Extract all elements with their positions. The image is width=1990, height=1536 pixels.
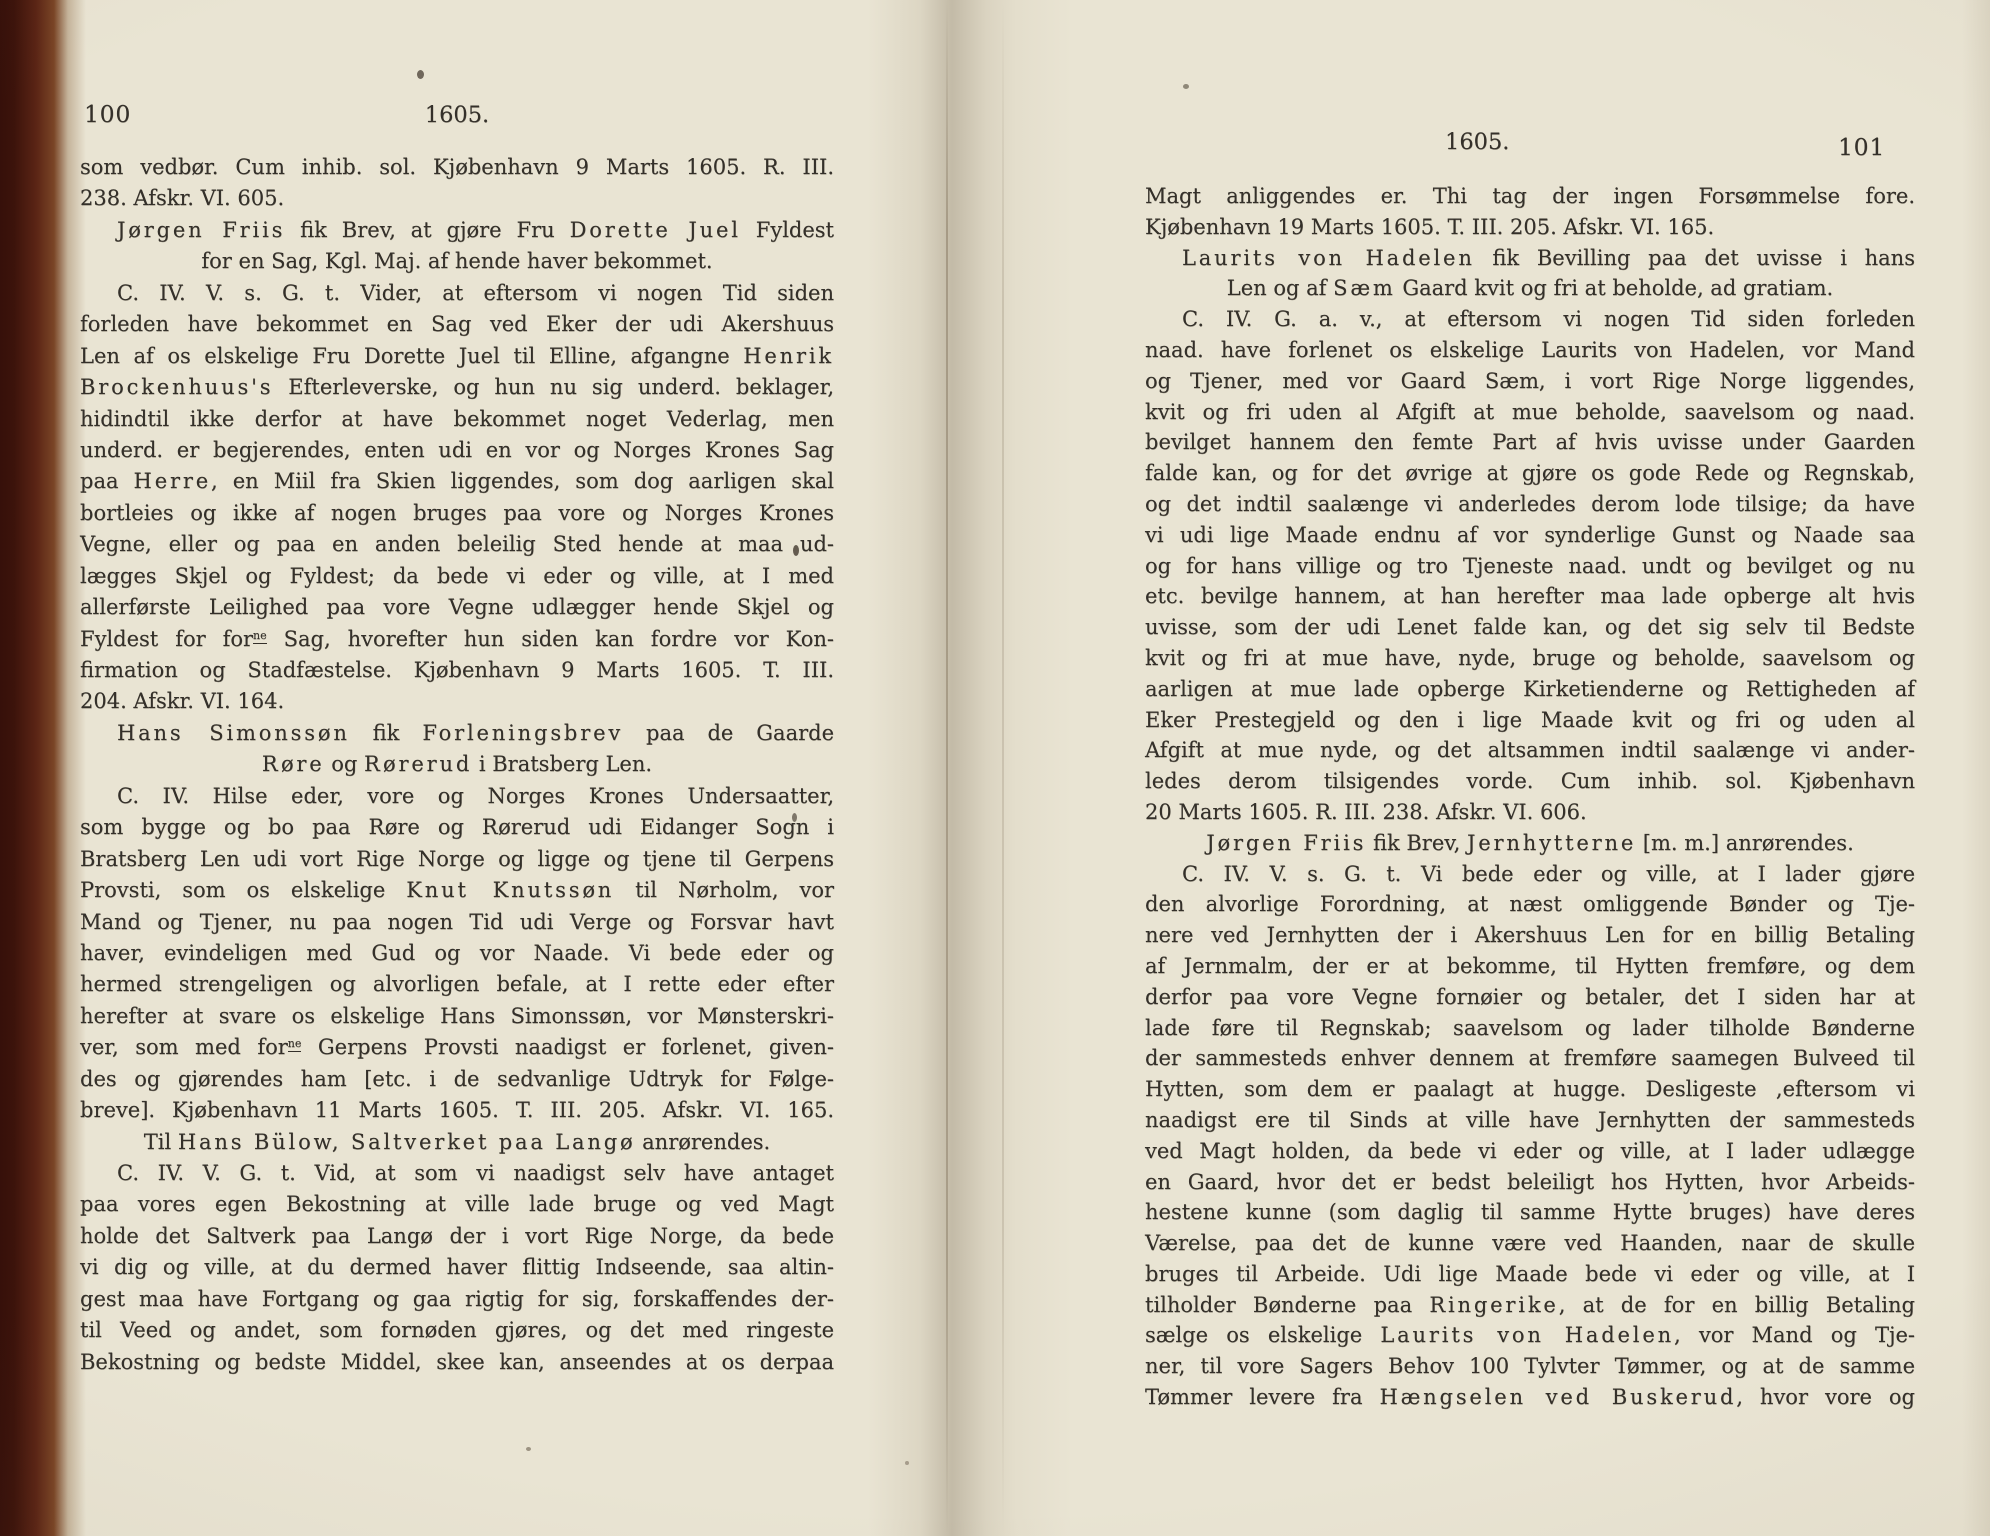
text-line: falde kan, og for det øvrige at gjøre os… — [1145, 458, 1915, 489]
text-segment: anrørendes. — [635, 1130, 770, 1154]
spaced-name: Hans Simonssøn — [117, 721, 350, 745]
text-line: Bratsberg Len udi vort Rige Norge og lig… — [80, 844, 834, 875]
text-segment: Bekostning og bedste Middel, skee kan, a… — [80, 1350, 834, 1374]
text-line: Len af os elskelige Fru Dorette Juel til… — [80, 341, 834, 372]
text-segment: bruges til Arbeide. Udi lige Maade bede … — [1145, 1262, 1915, 1286]
spaced-name: Rørerud — [364, 752, 472, 776]
text-segment: falde kan, og for det øvrige at gjøre os… — [1145, 461, 1915, 485]
text-segment: som bygge og bo paa Røre og Rørerud udi … — [80, 815, 834, 839]
book-scan: 100 1605. 1605. 101 som vedbør. Cum inhi… — [0, 0, 1990, 1536]
text-line: firmation og Stadfæstelse. Kjøbenhavn 9 … — [80, 655, 834, 686]
text-segment: paa — [80, 469, 134, 493]
text-line: naad. have forlenet os elskelige Laurits… — [1145, 335, 1915, 366]
text-segment: breve]. Kjøbenhavn 11 Marts 1605. T. III… — [80, 1098, 834, 1122]
text-segment: af Jernmalm, der er at bekomme, til Hytt… — [1145, 954, 1915, 978]
text-segment: , en Miil fra Skien liggendes, som dog a… — [211, 469, 834, 493]
text-segment: Efterleverske, og hun nu sig underd. bek… — [273, 375, 834, 399]
text-line: Fyldest for forne Sag, hvorefter hun sid… — [80, 624, 834, 655]
text-segment: Provsti, som os elskelige — [80, 878, 406, 902]
text-segment: og det indtil saalænge vi anderledes der… — [1145, 492, 1915, 516]
text-segment: C. IV. V. s. G. t. Vi bede eder og ville… — [1182, 862, 1915, 886]
text-segment: kvit og fri uden al Afgift at mue behold… — [1145, 400, 1915, 424]
text-line: allerførste Leilighed paa vore Vegne udl… — [80, 592, 834, 623]
text-line: af Jernmalm, der er at bekomme, til Hytt… — [1145, 951, 1915, 982]
text-line: tilholder Bønderne paa Ringerike, at de … — [1145, 1290, 1915, 1321]
text-segment: underd. er begjerendes, enten udi en vor… — [80, 438, 834, 462]
text-line: C. IV. V. s. G. t. Vi bede eder og ville… — [1145, 859, 1915, 890]
spaced-name: Herre — [134, 469, 211, 493]
text-segment: ved Magt holden, da bede vi eder og vill… — [1145, 1139, 1915, 1163]
spaced-name: Forleningsbrev — [422, 721, 623, 745]
text-segment: , vor Mand og Tje- — [1674, 1323, 1915, 1347]
text-line: Hans Simonssøn fik Forleningsbrev paa de… — [80, 718, 834, 749]
text-segment: og Tjener, med vor Gaard Sæm, i vort Rig… — [1145, 369, 1915, 393]
text-line: Mand og Tjener, nu paa nogen Tid udi Ver… — [80, 907, 834, 938]
text-line: Magt anliggendes er. Thi tag der ingen F… — [1145, 181, 1915, 212]
text-segment: , hvor vore og — [1736, 1385, 1915, 1409]
text-line: forleden have bekommet en Sag ved Eker d… — [80, 309, 834, 340]
text-segment: C. IV. V. s. G. t. Vider, at eftersom vi… — [117, 281, 834, 305]
text-line: Vegne, eller og paa en anden beleilig St… — [80, 529, 834, 560]
text-line: C. IV. V. s. G. t. Vider, at eftersom vi… — [80, 278, 834, 309]
text-line: Tømmer levere fra Hængselen ved Buskerud… — [1145, 1382, 1915, 1413]
text-segment: lægges Skjel og Fyldest; da bede vi eder… — [80, 564, 834, 588]
text-line: hermed strengeligen og alvorligen befale… — [80, 969, 834, 1000]
text-line: som bygge og bo paa Røre og Rørerud udi … — [80, 812, 834, 843]
text-segment: og for hans villige og tro Tjeneste naad… — [1145, 554, 1915, 578]
text-line: lægges Skjel og Fyldest; da bede vi eder… — [80, 561, 834, 592]
text-segment: firmation og Stadfæstelse. Kjøbenhavn 9 … — [80, 658, 834, 682]
text-line: naadigst ere til Sinds at ville have Jer… — [1145, 1105, 1915, 1136]
text-segment: fik Bevilling paa det uvisse i hans — [1475, 246, 1915, 270]
text-segment: gest maa have Fortgang og gaa rigtig for… — [80, 1287, 834, 1311]
left-page-header: 100 1605. — [80, 100, 834, 134]
text-segment: Til — [144, 1130, 178, 1154]
text-segment: des og gjørendes ham [etc. i de sedvanli… — [80, 1067, 834, 1091]
text-segment: Len og af — [1227, 276, 1333, 300]
text-segment: sælge os elskelige — [1145, 1323, 1380, 1347]
text-segment: Hytten, som dem er paalagt at hugge. Des… — [1145, 1077, 1915, 1101]
right-page-header: 1605. 101 — [1145, 127, 1915, 161]
text-line: derfor paa vore Vegne fornøier og betale… — [1145, 982, 1915, 1013]
text-segment: allerførste Leilighed paa vore Vegne udl… — [80, 595, 834, 619]
text-segment: derfor paa vore Vegne fornøier og betale… — [1145, 985, 1915, 1009]
text-segment: til Veed og andet, som fornøden gjøres, … — [80, 1318, 834, 1342]
text-segment: herefter at svare os elskelige Hans Simo… — [80, 1004, 834, 1028]
text-line: og det indtil saalænge vi anderledes der… — [1145, 489, 1915, 520]
text-segment: ledes derom tilsigendes vorde. Cum inhib… — [1145, 769, 1915, 793]
text-segment: haver, evindeligen med Gud og vor Naade.… — [80, 941, 834, 965]
text-segment: ner, til vore Sagers Behov 100 Tylvter T… — [1145, 1354, 1915, 1378]
text-line: ver, som med forne Gerpens Provsti naadi… — [80, 1032, 834, 1063]
spaced-name: Sæm — [1333, 276, 1396, 300]
text-segment: paa vores egen Bekostning at ville lade … — [80, 1192, 834, 1216]
text-segment: holde det Saltverk paa Langø der i vort … — [80, 1224, 834, 1248]
text-line: 20 Marts 1605. R. III. 238. Afskr. VI. 6… — [1145, 797, 1915, 828]
text-line: etc. bevilge hannem, at han herefter maa… — [1145, 581, 1915, 612]
text-segment: vi udi lige Maade endnu af vor synderlig… — [1145, 523, 1915, 547]
text-segment: C. IV. G. a. v., at eftersom vi nogen Ti… — [1182, 307, 1915, 331]
text-segment: Værelse, paa det de kunne være ved Haand… — [1145, 1231, 1915, 1255]
text-line: til Veed og andet, som fornøden gjøres, … — [80, 1315, 834, 1346]
text-line: Til Hans Bülow, Saltverket paa Langø anr… — [80, 1127, 834, 1158]
text-line: Eker Prestegjeld og den i lige Maade kvi… — [1145, 705, 1915, 736]
text-line: kvit og fri at mue have, nyde, bruge og … — [1145, 643, 1915, 674]
spaced-name: Dorette Juel — [570, 218, 741, 242]
text-line: bortleies og ikke af nogen bruges paa vo… — [80, 498, 834, 529]
text-segment: Kjøbenhavn 19 Marts 1605. T. III. 205. A… — [1145, 215, 1714, 239]
text-line: Kjøbenhavn 19 Marts 1605. T. III. 205. A… — [1145, 212, 1915, 243]
text-line: sælge os elskelige Laurits von Hadelen, … — [1145, 1320, 1915, 1351]
text-segment: Gaard kvit og fri at beholde, ad gratiam… — [1396, 276, 1834, 300]
text-line: 238. Afskr. VI. 605. — [80, 183, 834, 214]
text-line: Jørgen Friis fik Brev, at gjøre Fru Dore… — [80, 215, 834, 246]
text-line: uvisse, som der udi Lenet falde kan, og … — [1145, 612, 1915, 643]
text-line: aarligen at mue lade opberge Kirketiende… — [1145, 674, 1915, 705]
text-segment: , at de for en billig Betaling — [1559, 1293, 1915, 1317]
text-segment: lade føre til Regnskab; saavelsom og lad… — [1145, 1016, 1915, 1040]
spaced-name: Hans Bülow, Saltverket paa Langø — [178, 1130, 636, 1154]
text-segment: Vegne, eller og paa en anden beleilig St… — [80, 532, 834, 556]
text-line: herefter at svare os elskelige Hans Simo… — [80, 1001, 834, 1032]
text-segment: Magt anliggendes er. Thi tag der ingen F… — [1145, 184, 1915, 208]
text-line: bruges til Arbeide. Udi lige Maade bede … — [1145, 1259, 1915, 1290]
left-page-text: som vedbør. Cum inhib. sol. Kjøbenhavn 9… — [80, 152, 834, 1378]
text-segment: forleden have bekommet en Sag ved Eker d… — [80, 312, 834, 336]
text-segment: en Gaard, hvor det er bedst beleiligt ho… — [1145, 1170, 1915, 1194]
left-page-number: 100 — [84, 100, 131, 128]
text-segment: etc. bevilge hannem, at han herefter maa… — [1145, 584, 1915, 608]
text-segment: vi dig og ville, at du dermed haver flit… — [80, 1255, 834, 1279]
gutter-crease — [946, 0, 948, 1536]
text-segment: Len af os elskelige Fru Dorette Juel til… — [80, 344, 743, 368]
text-line: hidindtil ikke derfor at have bekommet n… — [80, 404, 834, 435]
text-line: breve]. Kjøbenhavn 11 Marts 1605. T. III… — [80, 1095, 834, 1126]
text-segment: som vedbør. Cum inhib. sol. Kjøbenhavn 9… — [80, 155, 834, 179]
text-line: des og gjørendes ham [etc. i de sedvanli… — [80, 1064, 834, 1095]
text-segment: 20 Marts 1605. R. III. 238. Afskr. VI. 6… — [1145, 800, 1587, 824]
text-segment: hermed strengeligen og alvorligen befale… — [80, 972, 834, 996]
text-line: og for hans villige og tro Tjeneste naad… — [1145, 551, 1915, 582]
text-segment: Fyldest for for — [80, 627, 253, 651]
ink-speck — [905, 1461, 909, 1465]
spaced-name: Jernhytterne — [1467, 831, 1636, 855]
text-line: Hytten, som dem er paalagt at hugge. Des… — [1145, 1074, 1915, 1105]
text-segment: 238. Afskr. VI. 605. — [80, 186, 284, 210]
text-segment: bevilget hannem den femte Part af hvis u… — [1145, 430, 1915, 454]
spaced-name: Ringerike — [1429, 1293, 1558, 1317]
text-line: vi dig og ville, at du dermed haver flit… — [80, 1252, 834, 1283]
text-line: Jørgen Friis fik Brev, Jernhytterne [m. … — [1145, 828, 1915, 859]
text-segment: der sammesteds enhver dennem at fremføre… — [1145, 1046, 1915, 1070]
text-line: hestene kunne (som daglig til samme Hytt… — [1145, 1197, 1915, 1228]
ink-speck — [417, 70, 424, 79]
text-segment: kvit og fri at mue have, nyde, bruge og … — [1145, 646, 1915, 670]
text-line: en Gaard, hvor det er bedst beleiligt ho… — [1145, 1167, 1915, 1198]
text-segment: nere ved Jernhytten der i Akershuus Len … — [1145, 923, 1915, 947]
text-segment: Tømmer levere fra — [1145, 1385, 1379, 1409]
text-line: underd. er begjerendes, enten udi en vor… — [80, 435, 834, 466]
spaced-name: Laurits von Hadelen — [1380, 1323, 1674, 1347]
text-line: Bekostning og bedste Middel, skee kan, a… — [80, 1347, 834, 1378]
text-segment: i Bratsberg Len. — [472, 752, 652, 776]
text-segment: Mand og Tjener, nu paa nogen Tid udi Ver… — [80, 910, 834, 934]
ink-speck — [1183, 84, 1189, 89]
text-line: ner, til vore Sagers Behov 100 Tylvter T… — [1145, 1351, 1915, 1382]
text-segment: fik Brev, — [1366, 831, 1467, 855]
spaced-name: Røre — [262, 752, 325, 776]
text-line: C. IV. V. G. t. Vid, at som vi naadigst … — [80, 1158, 834, 1189]
text-segment: Eker Prestegjeld og den i lige Maade kvi… — [1145, 708, 1915, 732]
text-segment: ver, som med for — [80, 1035, 288, 1059]
right-running-head: 1605. — [1445, 129, 1509, 155]
text-line: Laurits von Hadelen fik Bevilling paa de… — [1145, 243, 1915, 274]
text-segment: tilholder Bønderne paa — [1145, 1293, 1429, 1317]
text-line: lade føre til Regnskab; saavelsom og lad… — [1145, 1013, 1915, 1044]
text-segment: naad. have forlenet os elskelige Laurits… — [1145, 338, 1915, 362]
text-line: Provsti, som os elskelige Knut Knutssøn … — [80, 875, 834, 906]
text-line: 204. Afskr. VI. 164. — [80, 686, 834, 717]
spaced-name: Knut Knutssøn — [406, 878, 614, 902]
text-segment: Fyldest — [741, 218, 834, 242]
text-segment: fik Brev, at gjøre Fru — [285, 218, 569, 242]
text-segment: Gerpens Provsti naadigst er forlenet, gi… — [301, 1035, 834, 1059]
text-segment: til Nørholm, vor — [614, 878, 834, 902]
text-segment: paa de Gaarde — [623, 721, 834, 745]
right-page-number: 101 — [1838, 133, 1885, 161]
spaced-name: Hængselen ved Buskerud — [1379, 1385, 1736, 1409]
text-line: holde det Saltverk paa Langø der i vort … — [80, 1221, 834, 1252]
text-line: vi udi lige Maade endnu af vor synderlig… — [1145, 520, 1915, 551]
text-segment: hidindtil ikke derfor at have bekommet n… — [80, 407, 834, 431]
spaced-name: Jørgen Friis — [1206, 831, 1366, 855]
text-segment: Afgift at mue nyde, og det altsammen ind… — [1145, 738, 1915, 762]
text-line: C. IV. Hilse eder, vore og Norges Krones… — [80, 781, 834, 812]
text-segment: den alvorlige Forordning, at næst omligg… — [1145, 892, 1915, 916]
left-running-head: 1605. — [425, 102, 489, 128]
text-line: Brockenhuus's Efterleverske, og hun nu s… — [80, 372, 834, 403]
text-line: C. IV. G. a. v., at eftersom vi nogen Ti… — [1145, 304, 1915, 335]
text-line: kvit og fri uden al Afgift at mue behold… — [1145, 397, 1915, 428]
text-segment: Sag, hvorefter hun siden kan fordre vor … — [267, 627, 834, 651]
spaced-name: Jørgen Friis — [117, 218, 285, 242]
abbreviation-superscript: ne — [253, 629, 267, 644]
text-segment: for en Sag, Kgl. Maj. af hende haver bek… — [201, 249, 712, 273]
text-line: paa vores egen Bekostning at ville lade … — [80, 1189, 834, 1220]
abbreviation-superscript: ne — [288, 1037, 302, 1052]
text-segment: bortleies og ikke af nogen bruges paa vo… — [80, 501, 834, 525]
gutter-crease — [1002, 0, 1004, 1536]
right-page-text: Magt anliggendes er. Thi tag der ingen F… — [1145, 181, 1915, 1413]
text-line: der sammesteds enhver dennem at fremføre… — [1145, 1043, 1915, 1074]
text-segment: uvisse, som der udi Lenet falde kan, og … — [1145, 615, 1915, 639]
text-line: Afgift at mue nyde, og det altsammen ind… — [1145, 735, 1915, 766]
text-segment: C. IV. Hilse eder, vore og Norges Krones… — [117, 784, 834, 808]
text-segment: 204. Afskr. VI. 164. — [80, 689, 284, 713]
text-segment: hestene kunne (som daglig til samme Hytt… — [1145, 1200, 1915, 1224]
text-segment: Bratsberg Len udi vort Rige Norge og lig… — [80, 847, 834, 871]
text-line: paa Herre, en Miil fra Skien liggendes, … — [80, 466, 834, 497]
spaced-name: Brockenhuus's — [80, 375, 273, 399]
text-line: den alvorlige Forordning, at næst omligg… — [1145, 889, 1915, 920]
text-line: haver, evindeligen med Gud og vor Naade.… — [80, 938, 834, 969]
text-line: gest maa have Fortgang og gaa rigtig for… — [80, 1284, 834, 1315]
text-segment: [m. m.] anrørendes. — [1636, 831, 1854, 855]
text-line: Len og af Sæm Gaard kvit og fri at behol… — [1145, 273, 1915, 304]
text-segment: aarligen at mue lade opberge Kirketiende… — [1145, 677, 1915, 701]
text-line: og Tjener, med vor Gaard Sæm, i vort Rig… — [1145, 366, 1915, 397]
text-segment: naadigst ere til Sinds at ville have Jer… — [1145, 1108, 1915, 1132]
text-line: for en Sag, Kgl. Maj. af hende haver bek… — [80, 246, 834, 277]
text-line: ved Magt holden, da bede vi eder og vill… — [1145, 1136, 1915, 1167]
spaced-name: Laurits von Hadelen — [1182, 246, 1475, 270]
text-line: ledes derom tilsigendes vorde. Cum inhib… — [1145, 766, 1915, 797]
ink-speck — [526, 1447, 531, 1451]
text-line: bevilget hannem den femte Part af hvis u… — [1145, 427, 1915, 458]
text-line: Røre og Rørerud i Bratsberg Len. — [80, 749, 834, 780]
text-segment: og — [325, 752, 364, 776]
text-segment: fik — [350, 721, 423, 745]
text-line: som vedbør. Cum inhib. sol. Kjøbenhavn 9… — [80, 152, 834, 183]
text-segment: C. IV. V. G. t. Vid, at som vi naadigst … — [117, 1161, 834, 1185]
text-line: nere ved Jernhytten der i Akershuus Len … — [1145, 920, 1915, 951]
spaced-name: Henrik — [743, 344, 834, 368]
text-line: Værelse, paa det de kunne være ved Haand… — [1145, 1228, 1915, 1259]
